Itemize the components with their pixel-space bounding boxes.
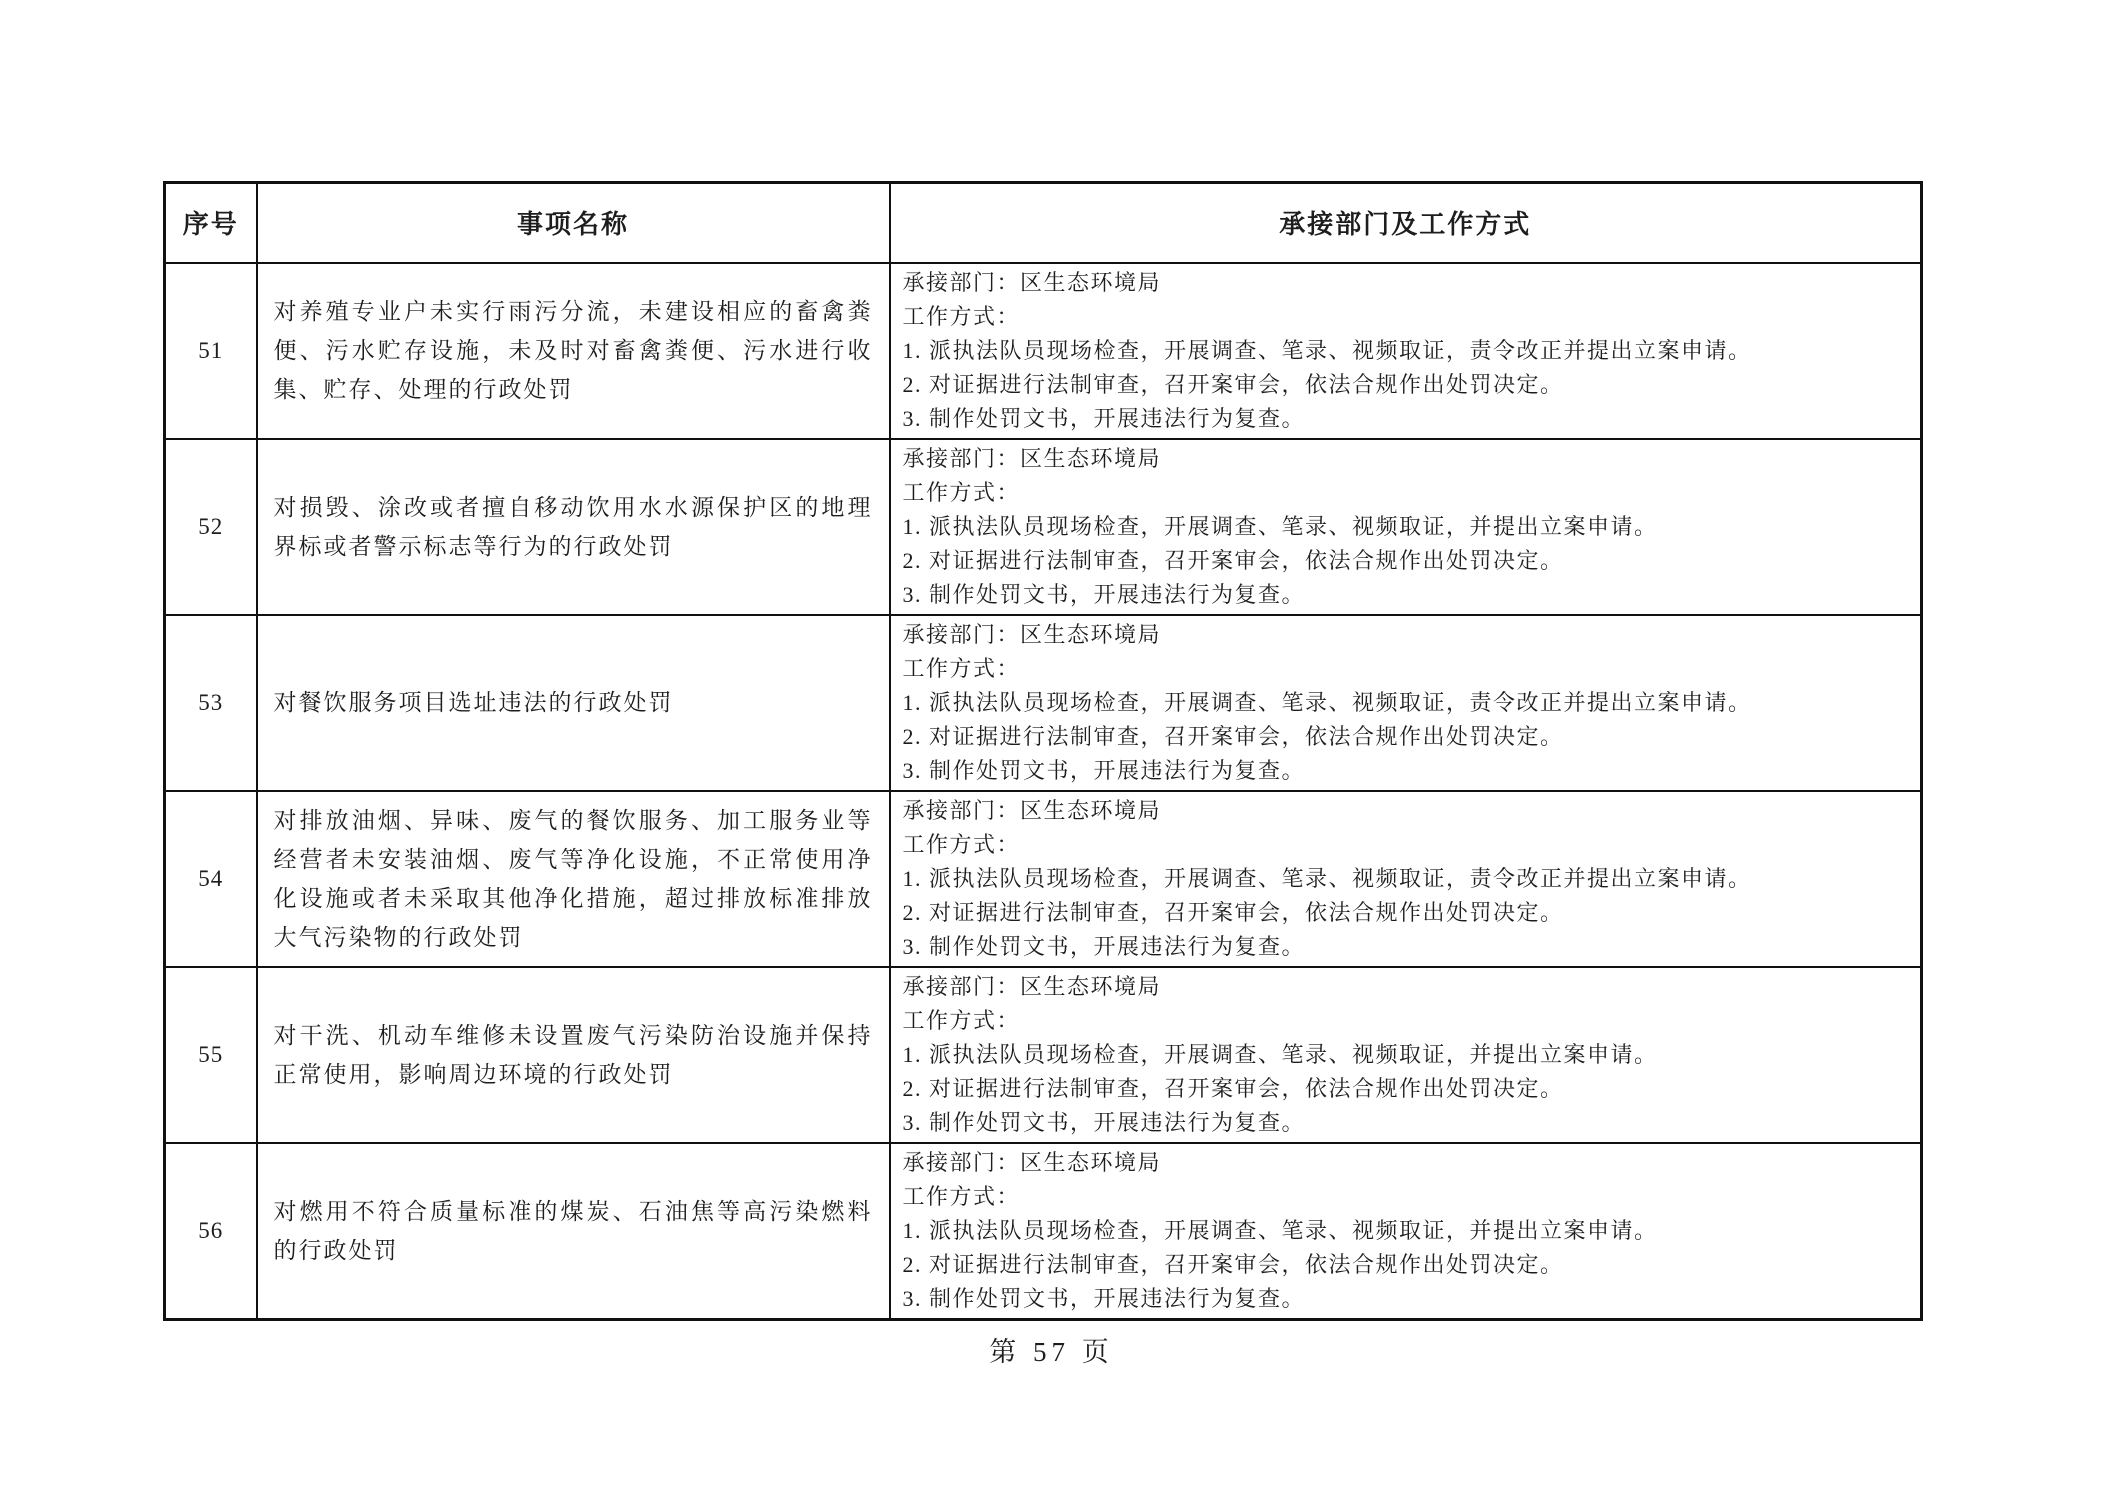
- method-label-line: 工作方式：: [903, 828, 1915, 862]
- method-step-line: 1. 派执法队员现场检查，开展调查、笔录、视频取证，并提出立案申请。: [903, 1038, 1915, 1072]
- department-method-cell: 承接部门：区生态环境局工作方式：1. 派执法队员现场检查，开展调查、笔录、视频取…: [890, 791, 1922, 967]
- method-step-line: 3. 制作处罚文书，开展违法行为复查。: [903, 754, 1915, 788]
- method-step-line: 2. 对证据进行法制审查，召开案审会，依法合规作出处罚决定。: [903, 1072, 1915, 1106]
- item-name-cell: 对损毁、涂改或者擅自移动饮用水水源保护区的地理界标或者警示标志等行为的行政处罚: [257, 439, 890, 615]
- table-header-row: 序号 事项名称 承接部门及工作方式: [165, 183, 1922, 263]
- department-method-cell: 承接部门：区生态环境局工作方式：1. 派执法队员现场检查，开展调查、笔录、视频取…: [890, 615, 1922, 791]
- item-name-cell: 对燃用不符合质量标准的煤炭、石油焦等高污染燃料的行政处罚: [257, 1143, 890, 1320]
- item-name-cell: 对排放油烟、异味、废气的餐饮服务、加工服务业等经营者未安装油烟、废气等净化设施，…: [257, 791, 890, 967]
- item-name-cell: 对餐饮服务项目选址违法的行政处罚: [257, 615, 890, 791]
- method-label-line: 工作方式：: [903, 300, 1915, 334]
- method-step-line: 1. 派执法队员现场检查，开展调查、笔录、视频取证，责令改正并提出立案申请。: [903, 862, 1915, 896]
- table-row: 56对燃用不符合质量标准的煤炭、石油焦等高污染燃料的行政处罚承接部门：区生态环境…: [165, 1143, 1922, 1320]
- item-name-cell: 对干洗、机动车维修未设置废气污染防治设施并保持正常使用，影响周边环境的行政处罚: [257, 967, 890, 1143]
- method-step-line: 3. 制作处罚文书，开展违法行为复查。: [903, 1282, 1915, 1316]
- department-line: 承接部门：区生态环境局: [903, 442, 1915, 476]
- column-header-item-name: 事项名称: [257, 183, 890, 263]
- department-line: 承接部门：区生态环境局: [903, 970, 1915, 1004]
- row-number-cell: 53: [165, 615, 257, 791]
- method-step-line: 1. 派执法队员现场检查，开展调查、笔录、视频取证，责令改正并提出立案申请。: [903, 686, 1915, 720]
- method-step-line: 3. 制作处罚文书，开展违法行为复查。: [903, 930, 1915, 964]
- page-number: 第 57 页: [0, 1330, 2103, 1369]
- method-label-line: 工作方式：: [903, 652, 1915, 686]
- method-step-line: 3. 制作处罚文书，开展违法行为复查。: [903, 1106, 1915, 1140]
- row-number-cell: 56: [165, 1143, 257, 1320]
- method-step-line: 3. 制作处罚文书，开展违法行为复查。: [903, 402, 1915, 436]
- department-line: 承接部门：区生态环境局: [903, 1146, 1915, 1180]
- method-step-line: 2. 对证据进行法制审查，召开案审会，依法合规作出处罚决定。: [903, 720, 1915, 754]
- method-step-line: 2. 对证据进行法制审查，召开案审会，依法合规作出处罚决定。: [903, 896, 1915, 930]
- matters-table: 序号 事项名称 承接部门及工作方式 51对养殖专业户未实行雨污分流，未建设相应的…: [163, 181, 1923, 1321]
- item-name-cell: 对养殖专业户未实行雨污分流，未建设相应的畜禽粪便、污水贮存设施，未及时对畜禽粪便…: [257, 263, 890, 439]
- department-line: 承接部门：区生态环境局: [903, 794, 1915, 828]
- department-line: 承接部门：区生态环境局: [903, 618, 1915, 652]
- table-row: 54对排放油烟、异味、废气的餐饮服务、加工服务业等经营者未安装油烟、废气等净化设…: [165, 791, 1922, 967]
- table-row: 53对餐饮服务项目选址违法的行政处罚承接部门：区生态环境局工作方式：1. 派执法…: [165, 615, 1922, 791]
- method-label-line: 工作方式：: [903, 1004, 1915, 1038]
- method-label-line: 工作方式：: [903, 1180, 1915, 1214]
- method-step-line: 2. 对证据进行法制审查，召开案审会，依法合规作出处罚决定。: [903, 544, 1915, 578]
- method-step-line: 2. 对证据进行法制审查，召开案审会，依法合规作出处罚决定。: [903, 368, 1915, 402]
- row-number-cell: 55: [165, 967, 257, 1143]
- department-method-cell: 承接部门：区生态环境局工作方式：1. 派执法队员现场检查，开展调查、笔录、视频取…: [890, 263, 1922, 439]
- method-step-line: 1. 派执法队员现场检查，开展调查、笔录、视频取证，并提出立案申请。: [903, 1214, 1915, 1248]
- department-line: 承接部门：区生态环境局: [903, 266, 1915, 300]
- method-step-line: 3. 制作处罚文书，开展违法行为复查。: [903, 578, 1915, 612]
- department-method-cell: 承接部门：区生态环境局工作方式：1. 派执法队员现场检查，开展调查、笔录、视频取…: [890, 1143, 1922, 1320]
- table-row: 52对损毁、涂改或者擅自移动饮用水水源保护区的地理界标或者警示标志等行为的行政处…: [165, 439, 1922, 615]
- table-row: 51对养殖专业户未实行雨污分流，未建设相应的畜禽粪便、污水贮存设施，未及时对畜禽…: [165, 263, 1922, 439]
- method-step-line: 1. 派执法队员现场检查，开展调查、笔录、视频取证，责令改正并提出立案申请。: [903, 334, 1915, 368]
- department-method-cell: 承接部门：区生态环境局工作方式：1. 派执法队员现场检查，开展调查、笔录、视频取…: [890, 967, 1922, 1143]
- row-number-cell: 54: [165, 791, 257, 967]
- column-header-department-method: 承接部门及工作方式: [890, 183, 1922, 263]
- method-step-line: 2. 对证据进行法制审查，召开案审会，依法合规作出处罚决定。: [903, 1248, 1915, 1282]
- department-method-cell: 承接部门：区生态环境局工作方式：1. 派执法队员现场检查，开展调查、笔录、视频取…: [890, 439, 1922, 615]
- table-body: 51对养殖专业户未实行雨污分流，未建设相应的畜禽粪便、污水贮存设施，未及时对畜禽…: [165, 263, 1922, 1320]
- column-header-no: 序号: [165, 183, 257, 263]
- method-label-line: 工作方式：: [903, 476, 1915, 510]
- row-number-cell: 51: [165, 263, 257, 439]
- table-row: 55对干洗、机动车维修未设置废气污染防治设施并保持正常使用，影响周边环境的行政处…: [165, 967, 1922, 1143]
- method-step-line: 1. 派执法队员现场检查，开展调查、笔录、视频取证，并提出立案申请。: [903, 510, 1915, 544]
- row-number-cell: 52: [165, 439, 257, 615]
